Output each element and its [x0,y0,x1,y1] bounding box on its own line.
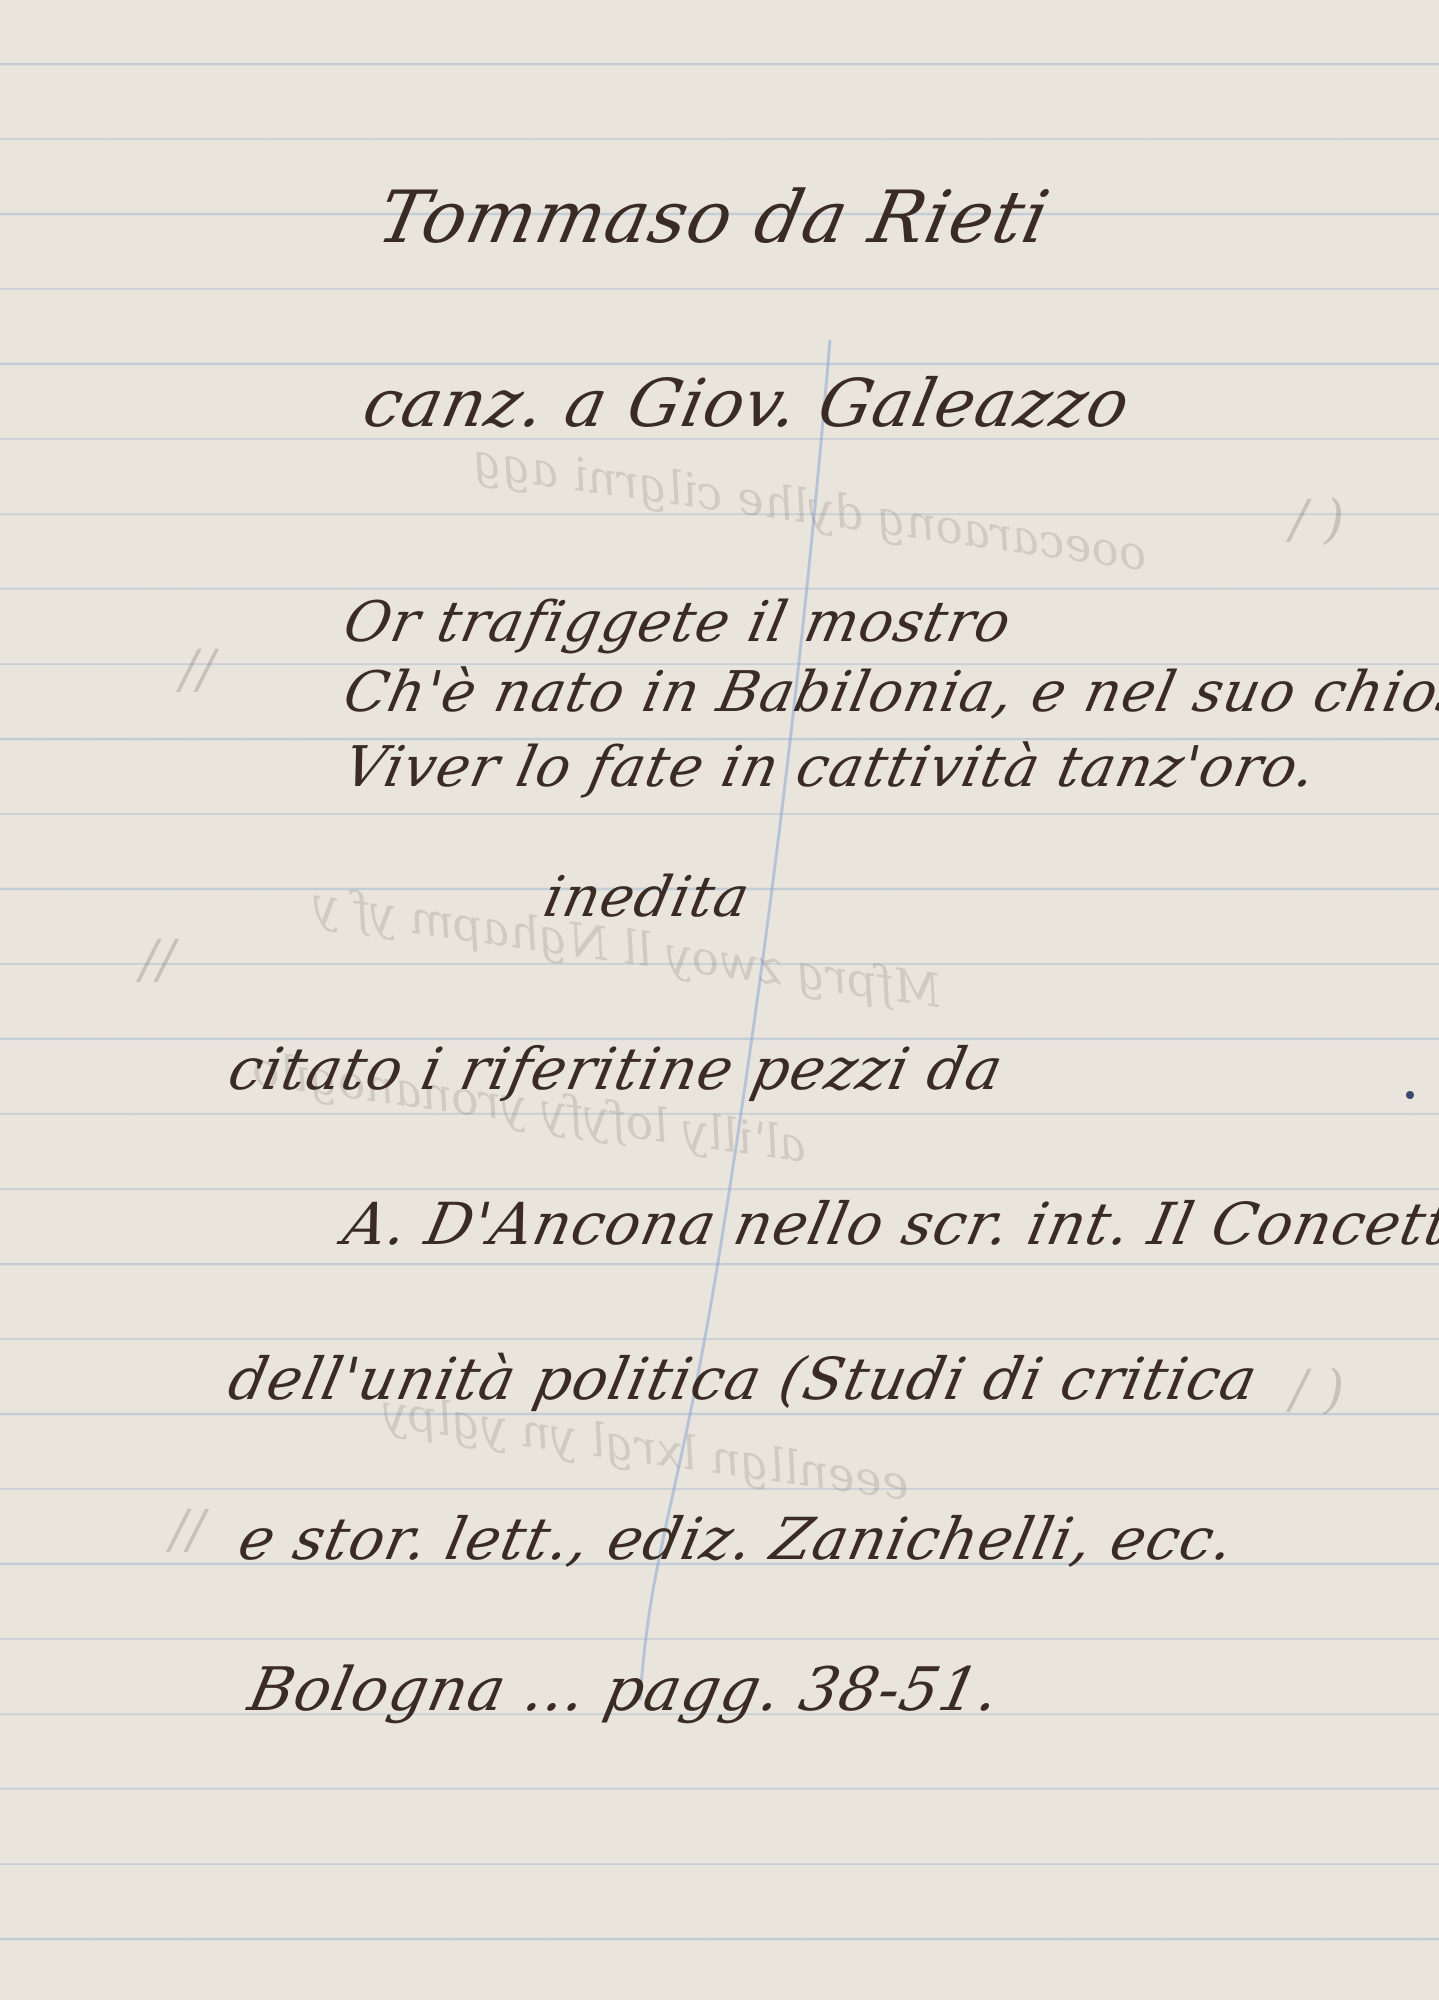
body-line: dell'unità politica (Studi di critica [223,1345,1264,1413]
annotation-inedita: inedita [538,865,756,930]
body-line: citato i riferitine pezzi da [223,1035,1010,1103]
quotation-line: Or trafiggete il mostro [338,590,1017,655]
body-line: e stor. lett., ediz. Zanichelli, ecc. [233,1505,1241,1573]
bleed-through-text: ooecaraong dylhe cilgrni agg [470,433,1151,581]
bleed-through-mark: / ) [1290,490,1344,550]
manuscript-page: ooecaraong dylhe cilgrni agg Mfprg zwoy … [0,0,1439,2000]
body-line: A. D'Ancona nello scr. int. Il Concetto [338,1190,1439,1258]
bleed-through-mark: // [140,930,175,990]
bleed-through-mark: // [180,640,215,700]
quotation-line: Ch'è nato in Babilonia, e nel suo chiost… [338,660,1439,725]
bleed-through-mark: // [170,1500,205,1560]
document-title: Tommaso da Rieti [371,175,1057,259]
quotation-line: Viver lo fate in cattività tanz'oro. [338,735,1322,800]
body-line: Bologna ... pagg. 38-51. [243,1655,1007,1725]
document-subtitle: canz. a Giov. Galeazzo [357,365,1137,442]
bleed-through-mark: / ) [1290,1360,1344,1420]
